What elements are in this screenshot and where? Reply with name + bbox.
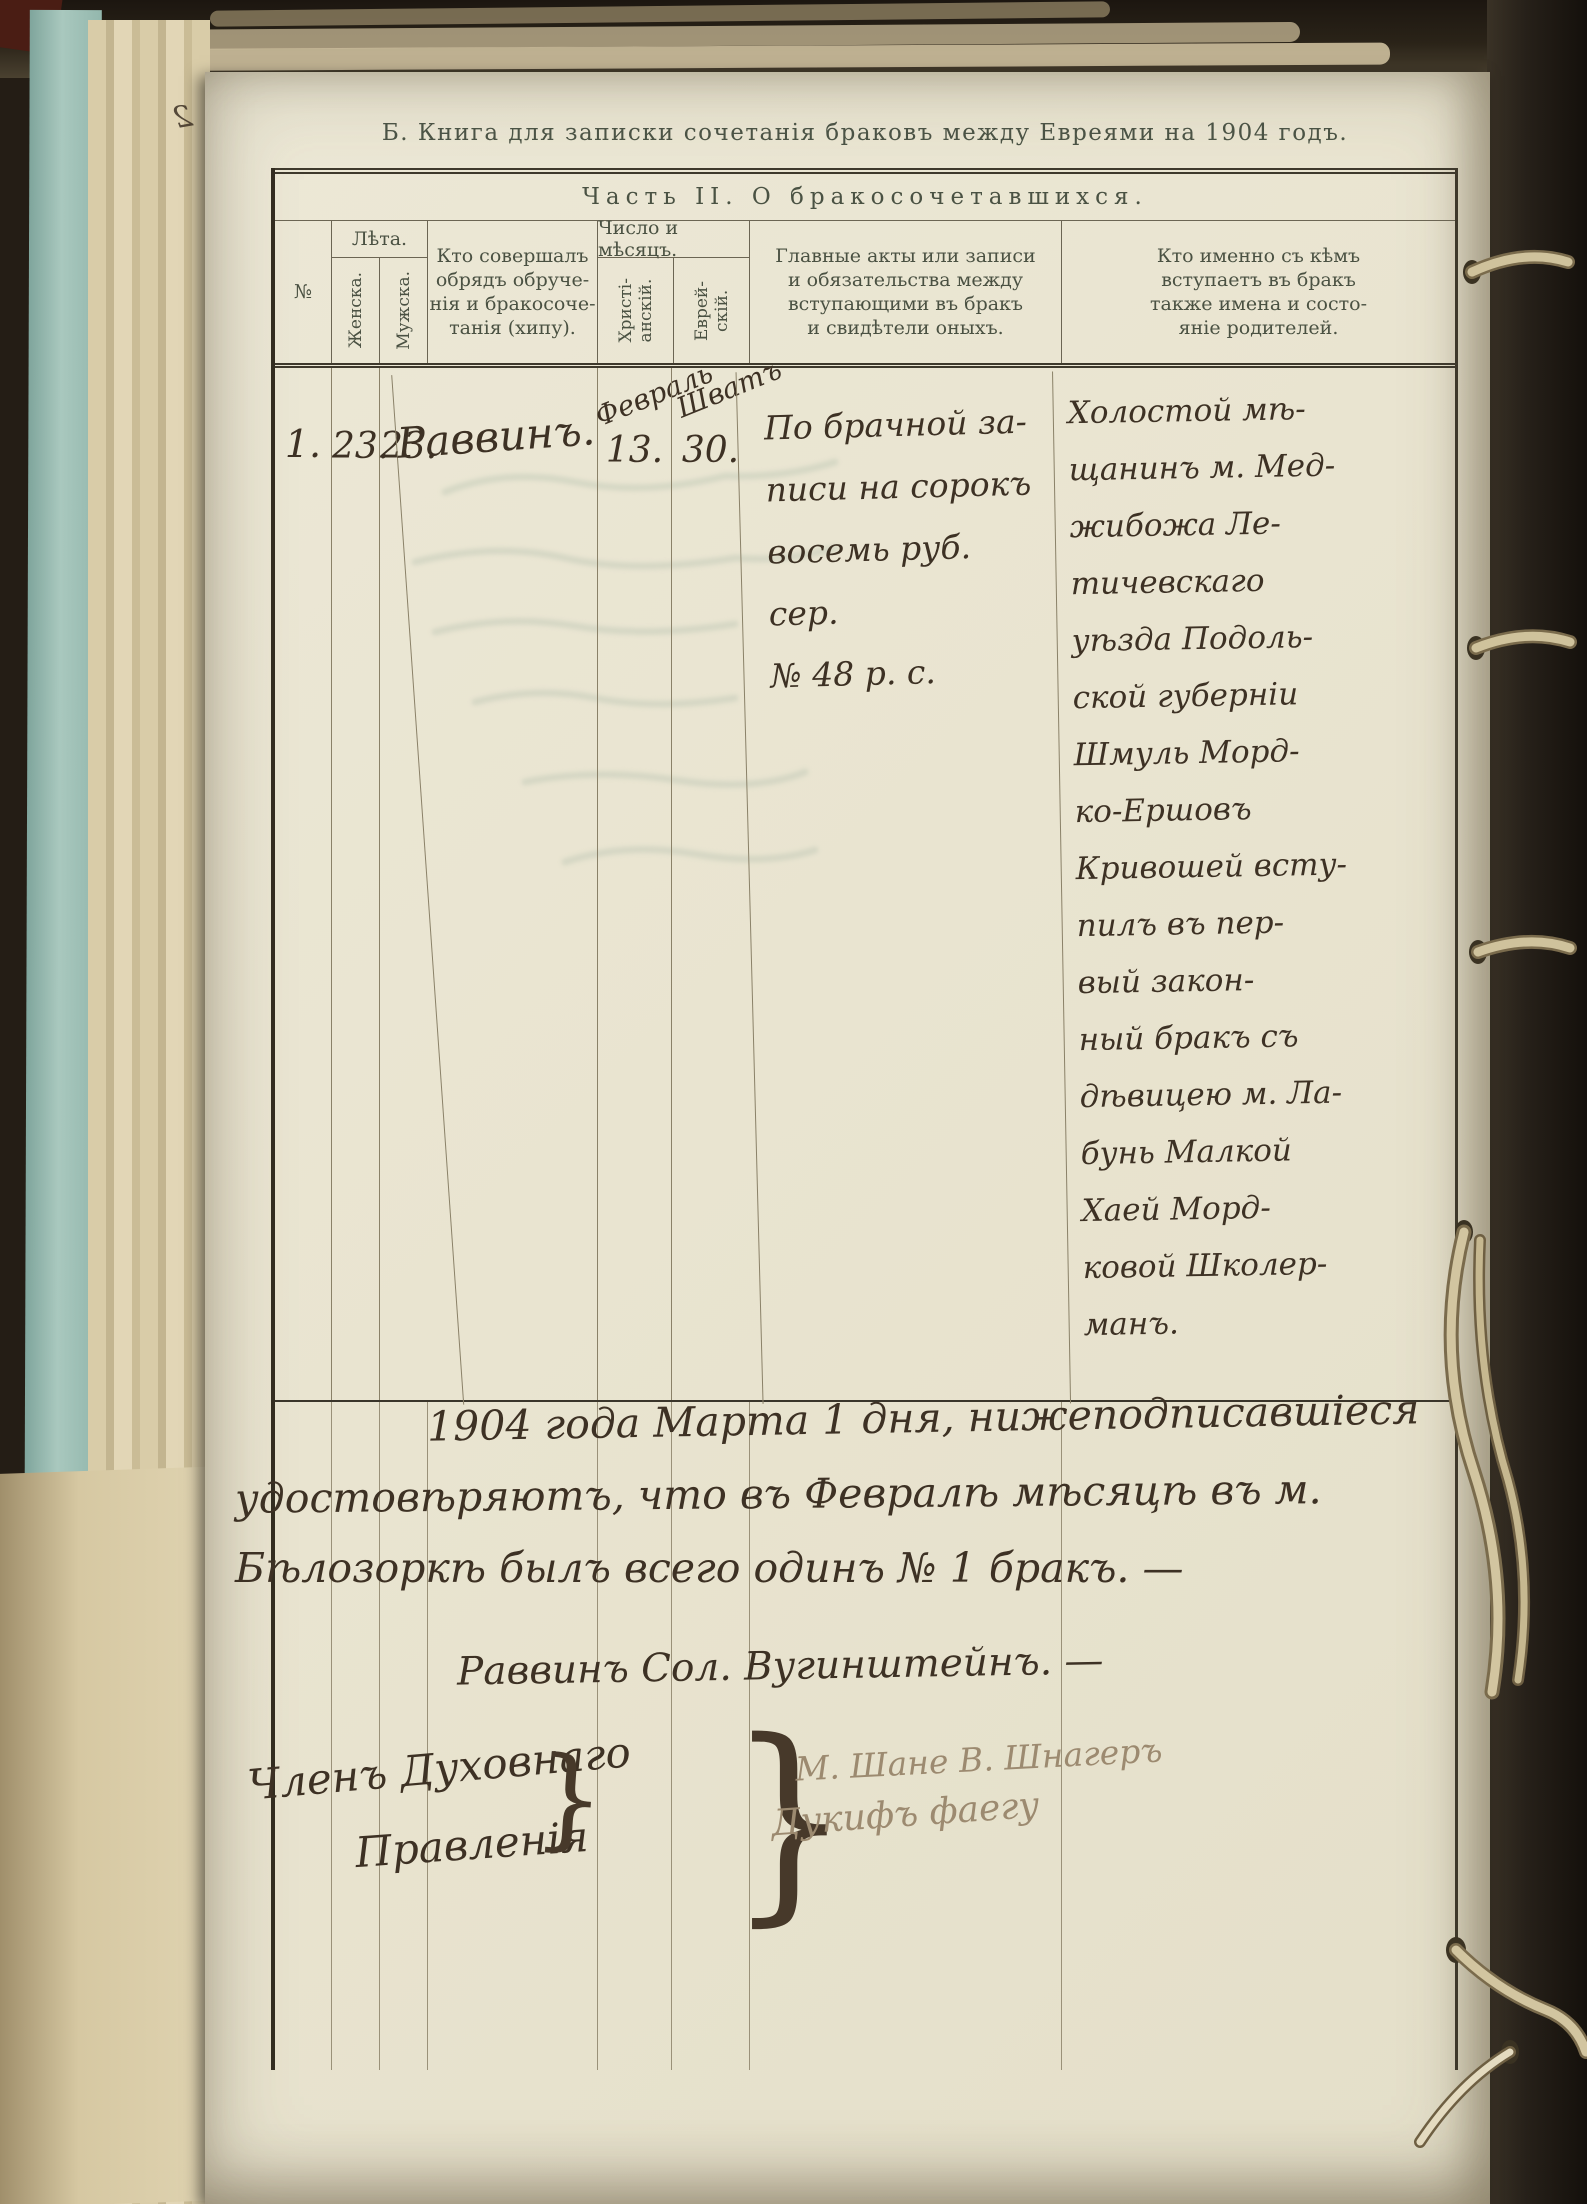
entry-age-female: 23. — [331, 368, 379, 1400]
col-header-officiant: Кто совершалъ обрядъ обруче- нія и брако… — [427, 221, 597, 363]
book-spine-cover — [1487, 0, 1587, 2204]
col-header-acts: Главные акты или записи и обязательства … — [749, 221, 1061, 363]
book-title: Б. Книга для записки сочетанія браковъ м… — [275, 120, 1455, 146]
entry-parties: Холостой мѣ- щанинъ м. Мед- жибожа Ле- т… — [1052, 365, 1464, 1404]
table-header-row: № Лѣта. Женска. Мужска. Кто совершалъ об… — [275, 221, 1455, 368]
col-header-years: Лѣта. Женска. Мужска. — [331, 221, 427, 363]
entry-date-christian: Февраль 13. — [597, 368, 671, 1400]
col-header-date: Число и мѣсяцъ. Христі- анскій. Еврей- с… — [597, 221, 749, 363]
register-page: 2 Б. Книга для записки сочетанія браковъ… — [205, 72, 1490, 2204]
col-header-years-label: Лѣта. — [332, 221, 427, 258]
entry-acts: По брачной за- писи на сорокъ восемь руб… — [736, 364, 1075, 1404]
entry-date-jewish: Шватъ 30. — [671, 368, 749, 1400]
entry-christian-day: 13. — [598, 430, 671, 471]
col-header-years-male: Мужска. — [394, 271, 414, 350]
col-header-number: № — [275, 221, 331, 363]
entry-number: 1. — [275, 368, 331, 1400]
col-header-years-female: Женска. — [346, 272, 366, 348]
col-header-date-christian: Христі- анскій. — [616, 278, 656, 342]
brace-mark-small: } — [531, 1732, 610, 1865]
col-header-date-jewish: Еврей- скій. — [692, 281, 732, 341]
col-header-parties: Кто именно съ кѣмъ вступаетъ въ бракъ та… — [1061, 221, 1455, 363]
table-row: 1. 23. 23. Раввинъ. Февраль 13. Шватъ 30… — [275, 368, 1455, 1400]
table-part-title: Часть II. О бракосочетавшихся. — [275, 168, 1455, 221]
col-header-date-label: Число и мѣсяцъ. — [598, 221, 749, 258]
page-stack-bottom — [0, 1466, 225, 2204]
certification-line-3: Бѣлозоркѣ былъ всего одинъ № 1 бракъ. — — [235, 1544, 1183, 1592]
certification-line-2: удостовѣряютъ, что въ Февралѣ мѣсяцѣ въ … — [235, 1465, 1322, 1522]
book-scan: 2 Б. Книга для записки сочетанія браковъ… — [0, 0, 1587, 2204]
